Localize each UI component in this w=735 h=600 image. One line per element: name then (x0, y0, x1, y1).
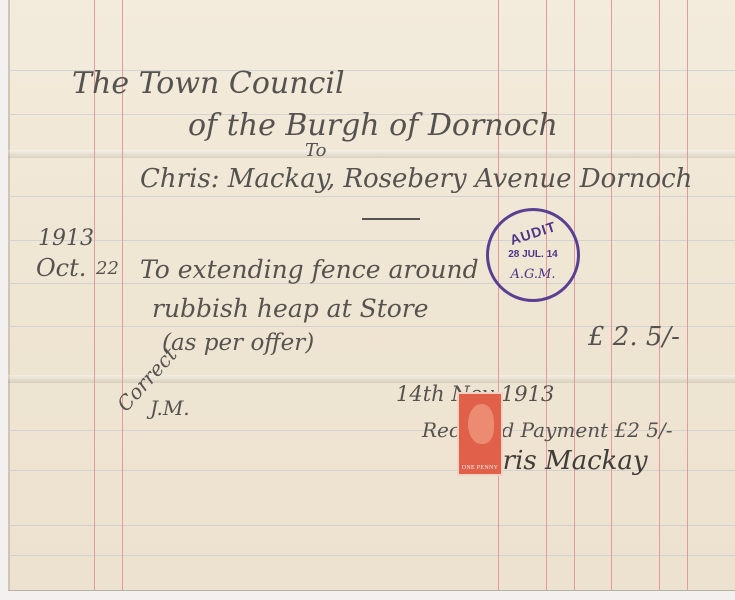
column-rule (574, 0, 575, 590)
entry-year: 1913 (38, 226, 94, 251)
column-rule (611, 0, 612, 590)
audit-initials: A.G.M. (489, 267, 577, 282)
addressee-line-1: The Town Council (72, 66, 345, 101)
paper-fold (8, 375, 735, 383)
correct-initials: J.M. (150, 396, 190, 420)
ruled-line (8, 525, 735, 526)
entry-day: 22 (96, 258, 119, 279)
from-line: Chris: Mackay, Rosebery Avenue Dornoch (140, 164, 692, 194)
to-label: To (305, 140, 326, 161)
addressee-line-2: of the Burgh of Dornoch (188, 108, 558, 143)
audit-label: AUDIT (489, 212, 578, 254)
ruled-line (8, 240, 735, 241)
entry-description-2: rubbish heap at Store (152, 294, 429, 323)
column-rule (498, 0, 499, 590)
entry-month: Oct. (36, 254, 86, 282)
ruled-line (8, 196, 735, 197)
audit-stamp: AUDIT 28 JUL. 14 A.G.M. (486, 208, 580, 302)
entry-amount: £ 2. 5/- (588, 322, 680, 352)
column-rule (687, 0, 688, 590)
separator-stroke (362, 218, 420, 220)
stamp-denomination: ONE PENNY (459, 465, 501, 471)
entry-description-1: To extending fence around (140, 255, 479, 284)
king-portrait-icon (468, 404, 494, 444)
entry-description-3: (as per offer) (162, 330, 314, 356)
audit-date: 28 JUL. 14 (489, 249, 577, 260)
postage-stamp: ONE PENNY (457, 392, 503, 476)
paper-fold (8, 150, 735, 158)
column-rule (659, 0, 660, 590)
ruled-line (8, 555, 735, 556)
